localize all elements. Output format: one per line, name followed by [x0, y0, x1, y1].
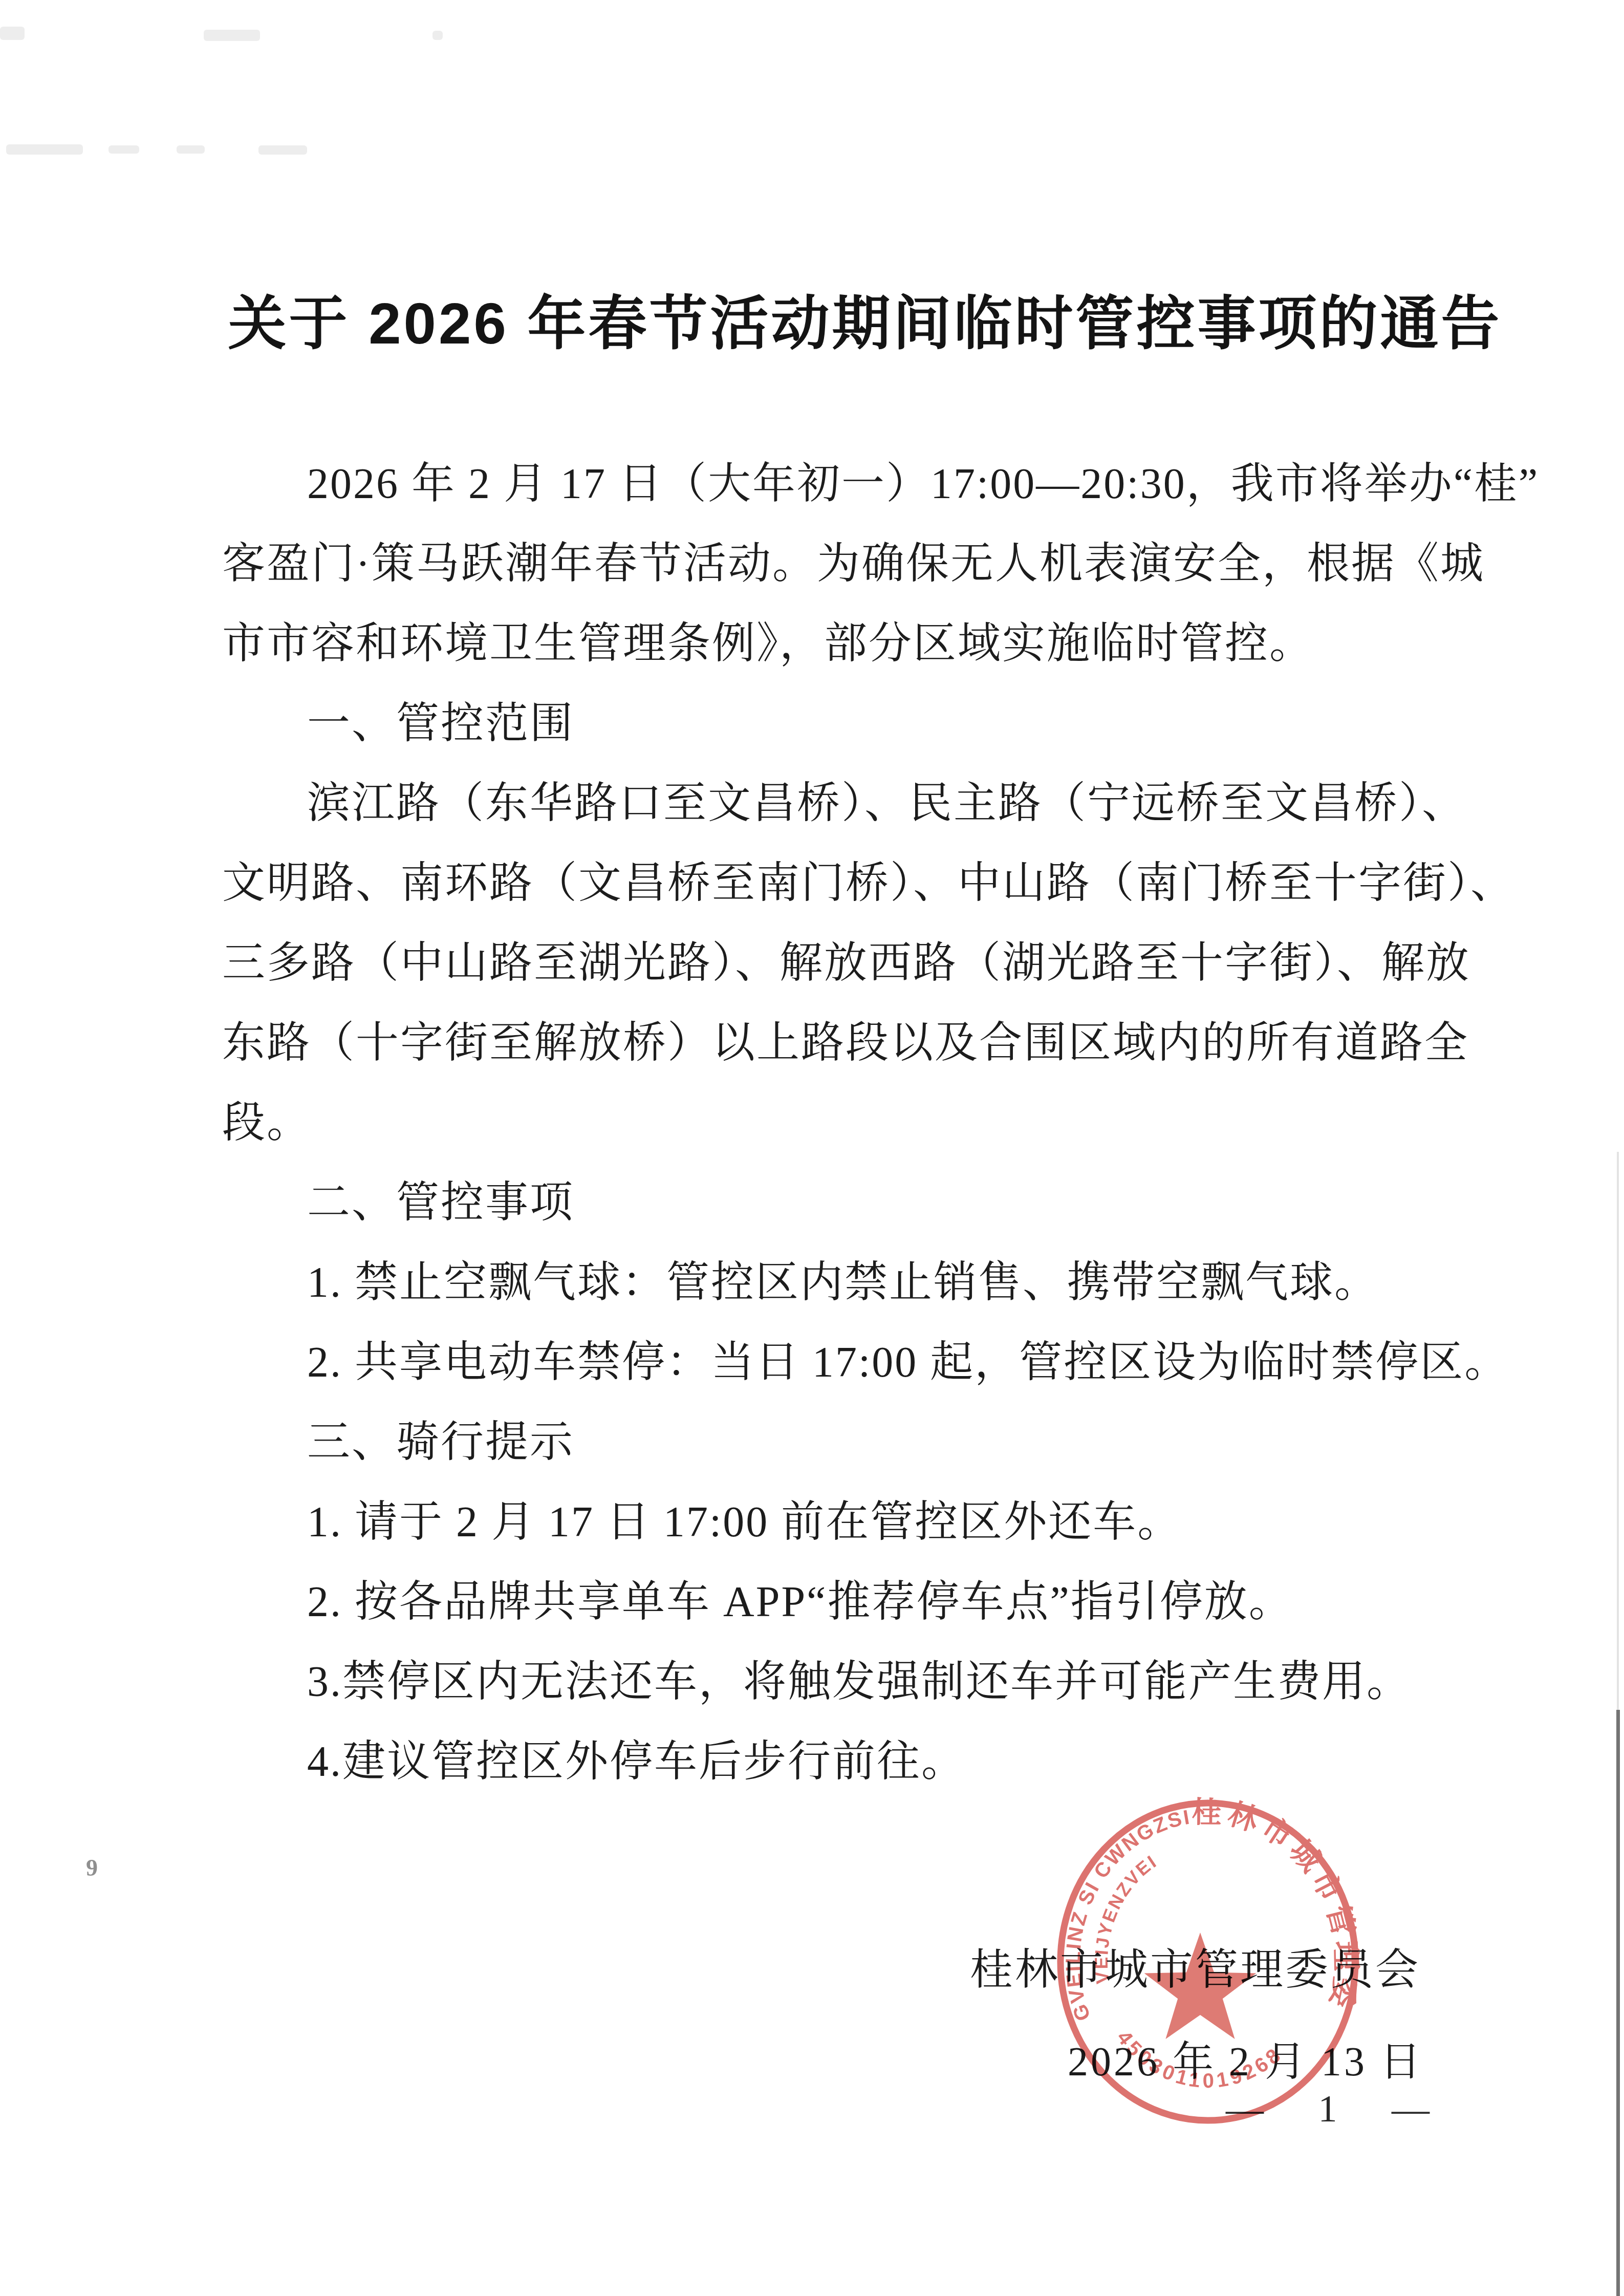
scan-smudge [432, 31, 443, 40]
scan-smudge [6, 144, 83, 155]
body-line: 3.禁停区内无法还车，将触发强制还车并可能产生费用。 [222, 1651, 1624, 1713]
document-title: 关于 2026 年春节活动期间临时管控事项的通告 [215, 276, 1515, 360]
scan-smudge [177, 145, 205, 154]
scan-smudge [109, 145, 139, 154]
body-line: 1. 禁止空飘气球：管控区内禁止销售、携带空飘气球。 [222, 1252, 1624, 1314]
seal-code-text: 4503011019268 [1112, 2027, 1287, 2093]
svg-text:4503011019268: 4503011019268 [1112, 2027, 1287, 2093]
scanned-notice-page: 关于 2026 年春节活动期间临时管控事项的通告 2026 年 2 月 17 日… [0, 0, 1624, 2296]
body-line: 滨江路（东华路口至文昌桥）、民主路（宁远桥至文昌桥）、 [222, 773, 1624, 835]
body-line: 2026 年 2 月 17 日（大年初一）17:00—20:30，我市将举办“桂… [222, 453, 1624, 516]
body-line: 1. 请于 2 月 17 日 17:00 前在管控区外还车。 [222, 1491, 1624, 1554]
body-line: 段。 [222, 1092, 1553, 1154]
body-line: 三多路（中山路至湖光路）、解放西路（湖光路至十字街）、解放 [222, 932, 1553, 995]
body-line: 二、管控事项 [222, 1172, 1624, 1234]
body-line: 4.建议管控区外停车后步行前往。 [222, 1731, 1624, 1793]
body-line: 市市容和环境卫生管理条例》，部分区域实施临时管控。 [222, 613, 1553, 675]
scan-edge-line [1616, 1710, 1620, 2296]
body-line: 三、骑行提示 [222, 1411, 1624, 1474]
body-line: 一、管控范围 [222, 693, 1624, 755]
scan-pen-mark: 9 [86, 1854, 98, 1881]
official-seal: GVEILINZ SI CWNGZSI桂林市城市管理委员会 VEIJYENZVE… [1054, 1797, 1361, 2127]
body-line: 东路（十字街至解放桥）以上路段以及合围区域内的所有道路全 [222, 1012, 1553, 1075]
body-line: 文明路、南环路（文昌桥至南门桥）、中山路（南门桥至十字街）、 [222, 852, 1553, 915]
scan-smudge [204, 30, 260, 41]
scan-edge-shadow [1617, 1152, 1619, 1710]
scan-smudge [258, 145, 307, 155]
scan-smudge [0, 27, 25, 40]
star-icon [1144, 1933, 1257, 2039]
body-line: 客盈门·策马跃潮年春节活动。为确保无人机表演安全，根据《城 [222, 533, 1553, 595]
body-line: 2. 共享电动车禁停：当日 17:00 起，管控区设为临时禁停区。 [222, 1332, 1624, 1394]
body-line: 2. 按各品牌共享单车 APP“推荐停车点”指引停放。 [222, 1571, 1624, 1634]
